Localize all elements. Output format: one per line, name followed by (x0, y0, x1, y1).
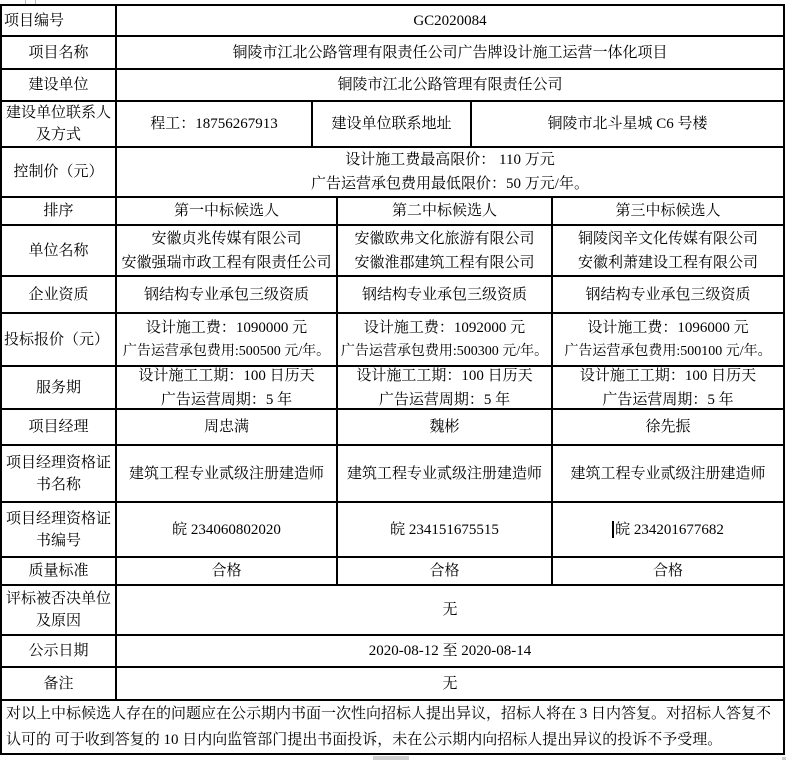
publicity-date-label: 公示日期 (2, 636, 117, 666)
contact-label: 建设单位联系人及方式 (2, 102, 117, 146)
service-period-label: 服务期 (2, 367, 117, 408)
company-label: 单位名称 (2, 226, 117, 275)
rank-label: 排序 (2, 198, 117, 224)
service-3-line1: 设计施工工期：100 日历天 (580, 367, 756, 388)
service-2-line2: 广告运营周期：5 年 (379, 388, 510, 409)
cert-number-candidate-3[interactable]: 皖 234201677682 (553, 503, 783, 556)
bid-price-2-line1: 设计施工费：1092000 元 (364, 316, 525, 340)
bid-price-candidate-3: 设计施工费：1096000 元 广告运营承包费用:500100 元/年。 (553, 314, 783, 365)
rank-candidate-2: 第二中标候选人 (338, 198, 553, 224)
row-rejected-bidders: 评标被否决单位及原因 无 (2, 586, 783, 636)
cert-number-label: 项目经理资格证书编号 (2, 503, 117, 556)
bid-price-2-line2: 广告运营承包费用:500300 元/年。 (341, 340, 548, 364)
company-3-line2: 安徽利萧建设工程有限公司 (578, 251, 758, 275)
control-price-line2: 广告运营承包费用最低限价：50 万元/年。 (311, 172, 589, 196)
remark-label: 备注 (2, 668, 117, 699)
row-company-name: 单位名称 安徽贞兆传媒有限公司 安徽强瑞市政工程有限责任公司 安徽欧弗文化旅游有… (2, 226, 783, 277)
row-service-period: 服务期 设计施工工期：100 日历天 广告运营周期：5 年 设计施工工期：100… (2, 367, 783, 410)
grid-cell-shadow-bottom (373, 756, 409, 760)
service-1-line2: 广告运营周期：5 年 (161, 388, 292, 409)
row-quality-standard: 质量标准 合格 合格 合格 (2, 558, 783, 586)
quality-candidate-1: 合格 (117, 558, 338, 584)
bid-price-3-line1: 设计施工费：1096000 元 (587, 316, 748, 340)
bid-price-label: 投标报价（元） (2, 314, 117, 365)
bid-price-1-line1: 设计施工费：1090000 元 (146, 316, 307, 340)
row-qualification: 企业资质 钢结构专业承包三级资质 钢结构专业承包三级资质 钢结构专业承包三级资质 (2, 277, 783, 314)
rank-candidate-3: 第三中标候选人 (553, 198, 783, 224)
service-2-line1: 设计施工工期：100 日历天 (356, 367, 532, 388)
project-number-value: GC2020084 (117, 6, 783, 35)
rejected-label: 评标被否决单位及原因 (2, 586, 117, 634)
company-2-line2: 安徽淮郡建筑工程有限公司 (354, 251, 534, 275)
control-price-value: 设计施工费最高限价： 110 万元 广告运营承包费用最低限价：50 万元/年。 (117, 148, 783, 196)
row-publicity-date: 公示日期 2020-08-12 至 2020-08-14 (2, 636, 783, 668)
quality-candidate-2: 合格 (338, 558, 553, 584)
manager-candidate-3: 徐先振 (553, 410, 783, 444)
remark-value: 无 (117, 668, 783, 699)
quality-candidate-3: 合格 (553, 558, 783, 584)
row-control-price: 控制价（元） 设计施工费最高限价： 110 万元 广告运营承包费用最低限价：50… (2, 148, 783, 198)
bid-price-3-line2: 广告运营承包费用:500100 元/年。 (564, 340, 771, 364)
qualification-candidate-3: 钢结构专业承包三级资质 (553, 277, 783, 312)
service-1-line1: 设计施工工期：100 日历天 (138, 367, 314, 388)
publicity-date-value: 2020-08-12 至 2020-08-14 (117, 636, 783, 666)
footer-note-text: 对以上中标候选人存在的问题应在公示期内书面一次性向招标人提出异议，招标人将在 3… (6, 701, 779, 753)
cert-name-candidate-3: 建筑工程专业贰级注册建造师 (553, 446, 783, 501)
row-cert-number: 项目经理资格证书编号 皖 234060802020 皖 234151675515… (2, 503, 783, 558)
footer-note: 对以上中标候选人存在的问题应在公示期内书面一次性向招标人提出异议，招标人将在 3… (2, 701, 783, 753)
bid-price-candidate-1: 设计施工费：1090000 元 广告运营承包费用:500500 元/年。 (117, 314, 338, 365)
row-cert-name: 项目经理资格证书名称 建筑工程专业贰级注册建造师 建筑工程专业贰级注册建造师 建… (2, 446, 783, 503)
row-project-name: 项目名称 铜陵市江北公路管理有限责任公司广告牌设计施工运营一体化项目 (2, 37, 783, 70)
bid-price-candidate-2: 设计施工费：1092000 元 广告运营承包费用:500300 元/年。 (338, 314, 553, 365)
quality-label: 质量标准 (2, 558, 117, 584)
contact-address-label: 建设单位联系地址 (313, 102, 472, 146)
rank-candidate-1: 第一中标候选人 (117, 198, 338, 224)
rejected-value: 无 (117, 586, 783, 634)
project-name-value: 铜陵市江北公路管理有限责任公司广告牌设计施工运营一体化项目 (117, 37, 783, 68)
bid-publicity-page: 项目编号 GC2020084 项目名称 铜陵市江北公路管理有限责任公司广告牌设计… (0, 0, 787, 760)
owner-label: 建设单位 (2, 70, 117, 100)
text-cursor (612, 521, 614, 538)
row-project-number: 项目编号 GC2020084 (2, 6, 783, 37)
control-price-label: 控制价（元） (2, 148, 117, 196)
manager-candidate-1: 周忠满 (117, 410, 338, 444)
project-number-label: 项目编号 (2, 6, 117, 35)
project-name-label: 项目名称 (2, 37, 117, 68)
contact-person-value: 程工：18756267913 (117, 102, 313, 146)
service-period-candidate-1: 设计施工工期：100 日历天 广告运营周期：5 年 (117, 367, 338, 408)
cert-name-candidate-1: 建筑工程专业贰级注册建造师 (117, 446, 338, 501)
row-remark: 备注 无 (2, 668, 783, 701)
cert-name-candidate-2: 建筑工程专业贰级注册建造师 (338, 446, 553, 501)
row-contact: 建设单位联系人及方式 程工：18756267913 建设单位联系地址 铜陵市北斗… (2, 102, 783, 148)
cert-number-candidate-1: 皖 234060802020 (117, 503, 338, 556)
manager-candidate-2: 魏彬 (338, 410, 553, 444)
company-candidate-1: 安徽贞兆传媒有限公司 安徽强瑞市政工程有限责任公司 (117, 226, 338, 275)
row-rank: 排序 第一中标候选人 第二中标候选人 第三中标候选人 (2, 198, 783, 226)
owner-value: 铜陵市江北公路管理有限责任公司 (117, 70, 783, 100)
cert-number-candidate-2: 皖 234151675515 (338, 503, 553, 556)
service-period-candidate-3: 设计施工工期：100 日历天 广告运营周期：5 年 (553, 367, 783, 408)
company-3-line1: 铜陵闵辛文化传媒有限公司 (578, 227, 758, 251)
service-3-line2: 广告运营周期：5 年 (602, 388, 733, 409)
row-owner: 建设单位 铜陵市江北公路管理有限责任公司 (2, 70, 783, 102)
company-candidate-2: 安徽欧弗文化旅游有限公司 安徽淮郡建筑工程有限公司 (338, 226, 553, 275)
company-candidate-3: 铜陵闵辛文化传媒有限公司 安徽利萧建设工程有限公司 (553, 226, 783, 275)
qualification-label: 企业资质 (2, 277, 117, 312)
bid-price-1-line2: 广告运营承包费用:500500 元/年。 (123, 340, 330, 364)
cert-number-3-text: 皖 234201677682 (615, 519, 724, 541)
qualification-candidate-1: 钢结构专业承包三级资质 (117, 277, 338, 312)
row-project-manager: 项目经理 周忠满 魏彬 徐先振 (2, 410, 783, 446)
row-bid-price: 投标报价（元） 设计施工费：1090000 元 广告运营承包费用:500500 … (2, 314, 783, 367)
bid-result-table: 项目编号 GC2020084 项目名称 铜陵市江北公路管理有限责任公司广告牌设计… (0, 4, 785, 755)
project-manager-label: 项目经理 (2, 410, 117, 444)
company-1-line2: 安徽强瑞市政工程有限责任公司 (121, 251, 331, 275)
company-2-line1: 安徽欧弗文化旅游有限公司 (354, 227, 534, 251)
cert-name-label: 项目经理资格证书名称 (2, 446, 117, 501)
company-1-line1: 安徽贞兆传媒有限公司 (151, 227, 301, 251)
qualification-candidate-2: 钢结构专业承包三级资质 (338, 277, 553, 312)
contact-address-value: 铜陵市北斗星城 C6 号楼 (472, 102, 783, 146)
service-period-candidate-2: 设计施工工期：100 日历天 广告运营周期：5 年 (338, 367, 553, 408)
control-price-line1: 设计施工费最高限价： 110 万元 (345, 148, 554, 172)
